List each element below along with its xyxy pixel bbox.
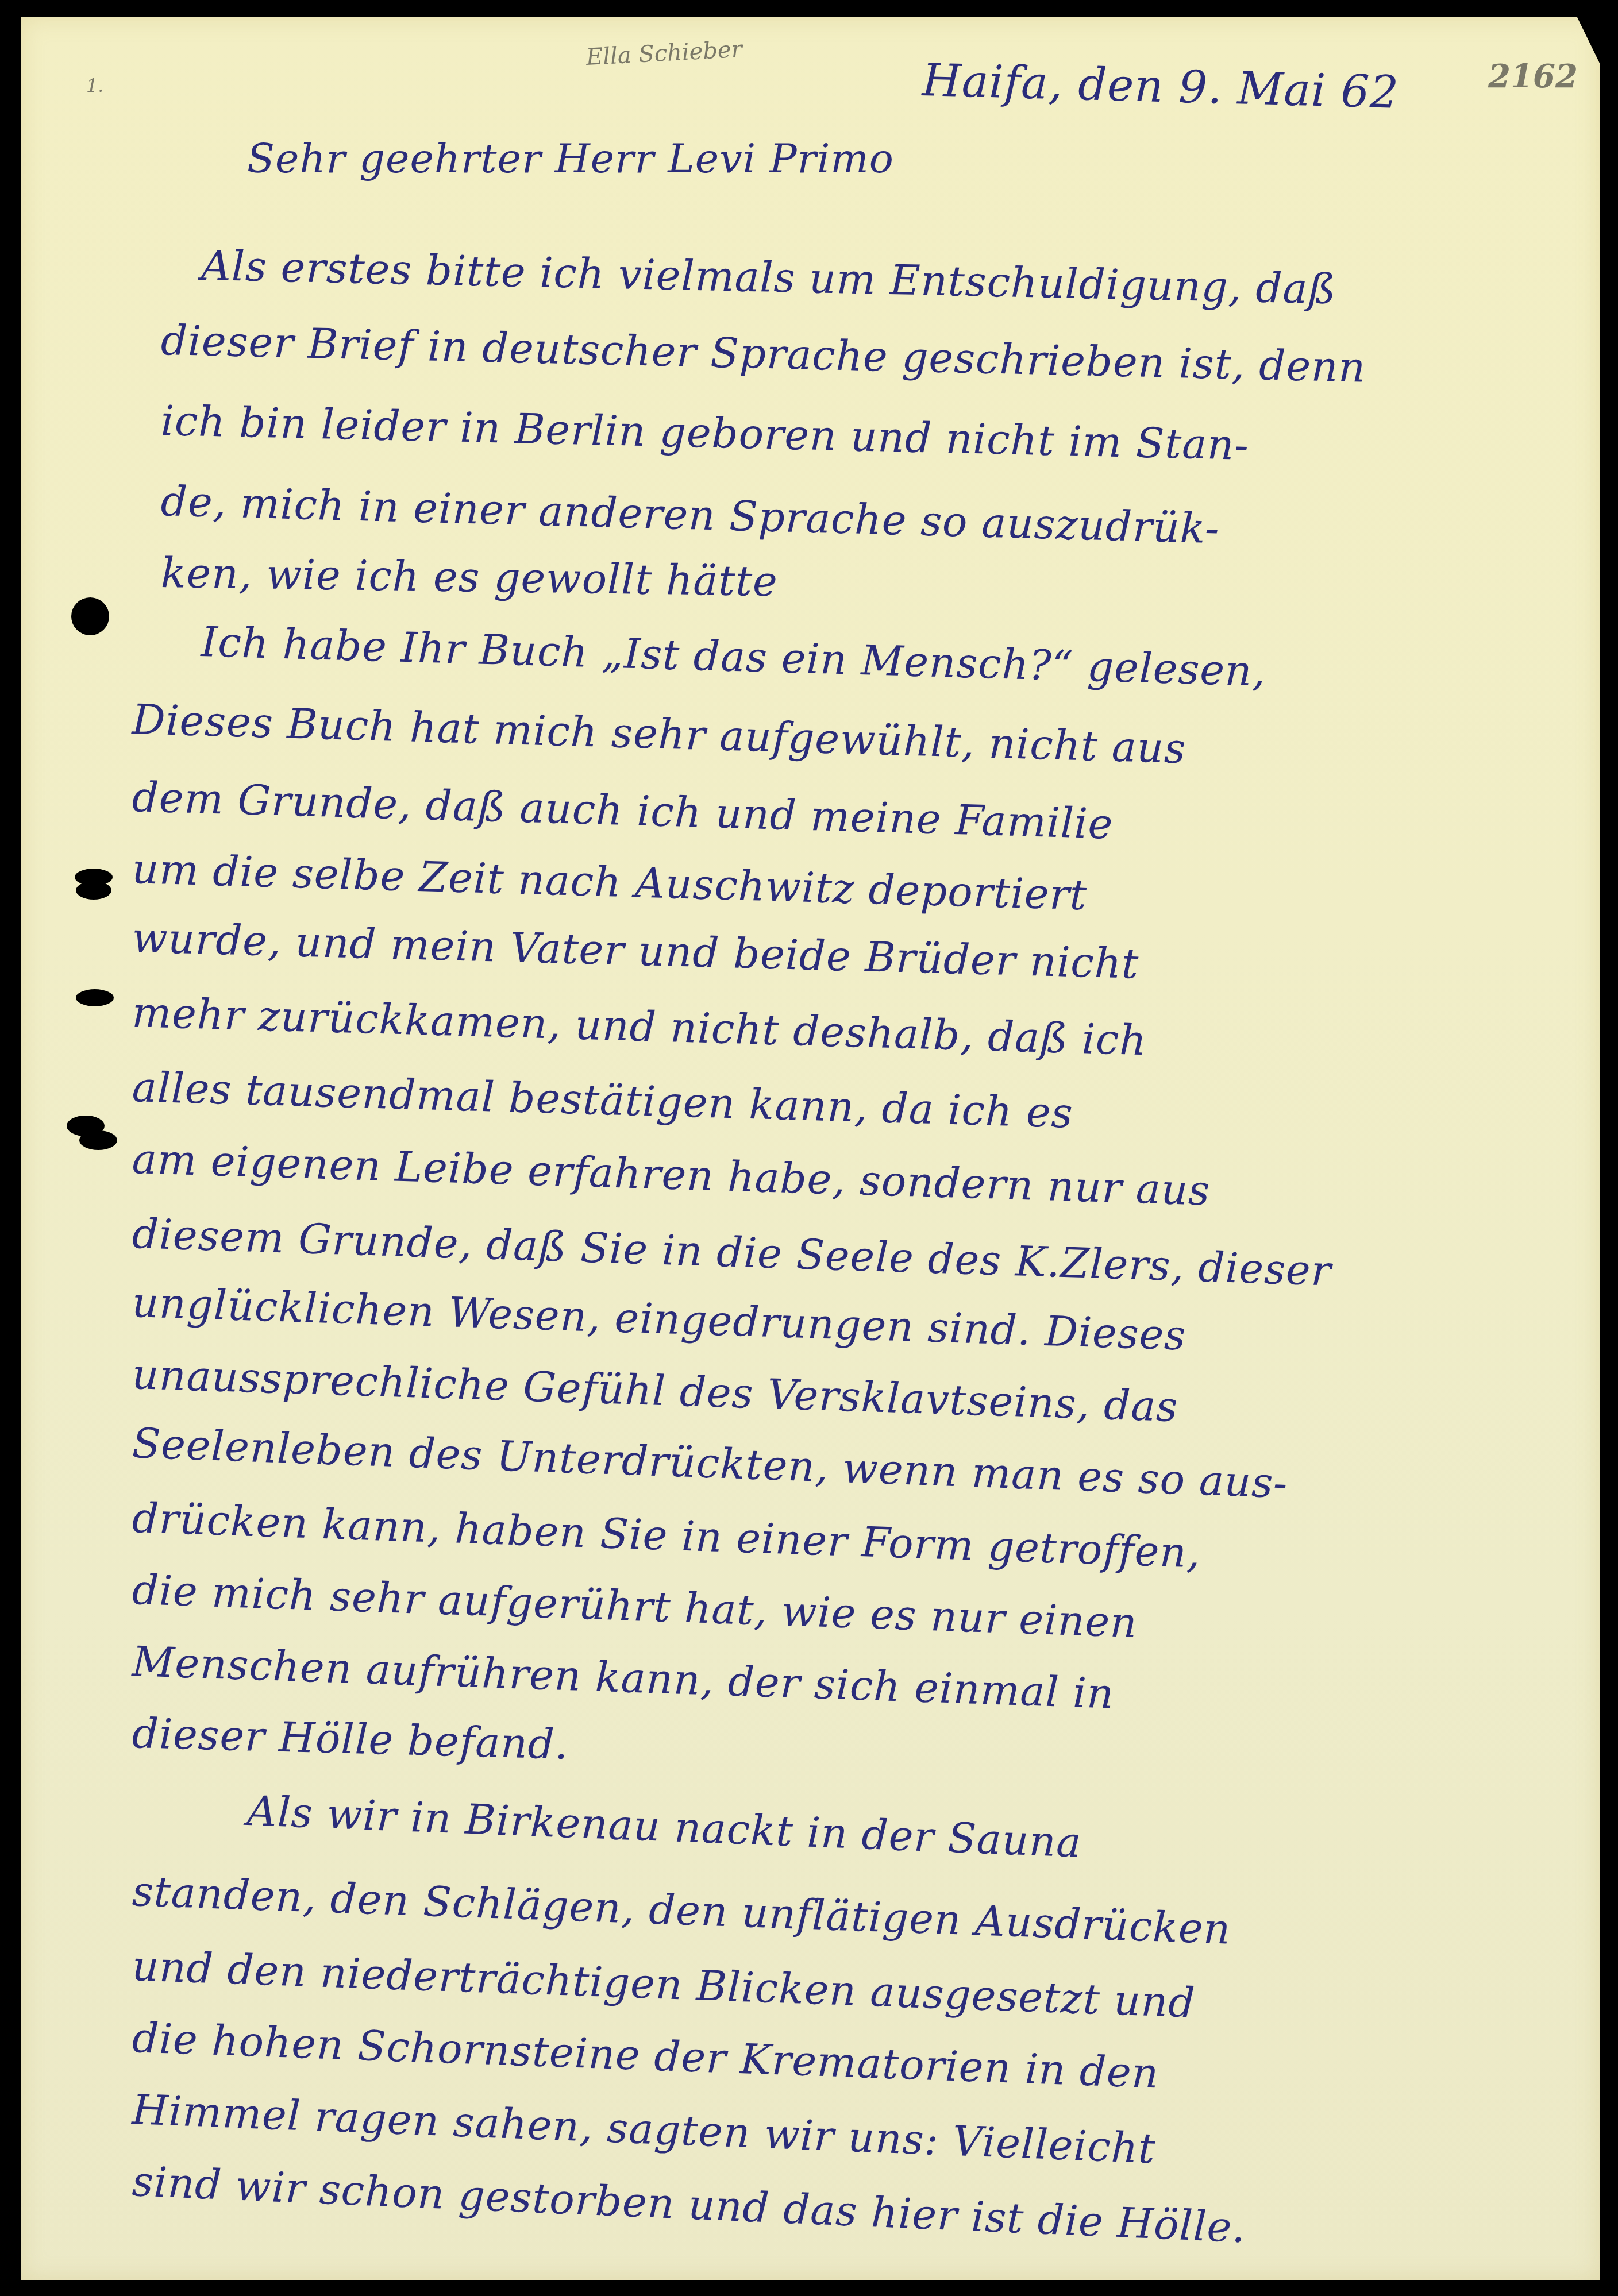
punch-hole	[76, 881, 111, 900]
salutation: Sehr geehrter Herr Levi Primo	[247, 135, 894, 182]
page-number-annotation: 1.	[86, 75, 104, 97]
punch-hole	[71, 597, 109, 635]
punch-hole	[79, 1130, 117, 1150]
punch-hole	[76, 989, 114, 1006]
archive-number-annotation: 2162	[1488, 57, 1578, 95]
letter-line: ken, wie ich es gewollt hätte	[160, 549, 778, 605]
